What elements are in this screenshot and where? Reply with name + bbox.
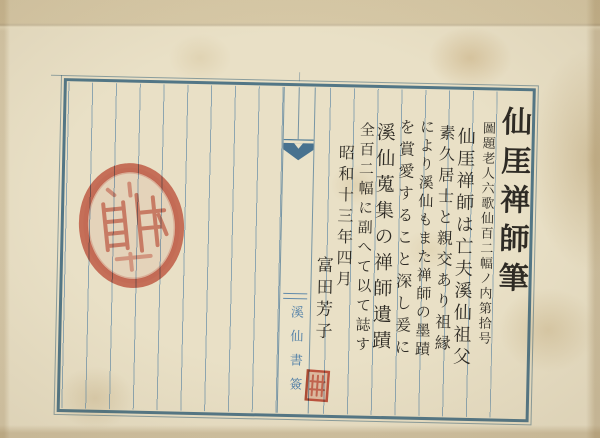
double-rule-icon: [283, 293, 307, 300]
scanned-paper: 溪仙書簽 仙厓禅師筆 圖題老人六歌仙百二幅ノ内第拾号 仙厓禅師は亡夫溪仙祖父 素…: [0, 0, 600, 438]
fold-tick-mark: [299, 72, 300, 81]
calligraphy-text-block: 仙厓禅師筆 圖題老人六歌仙百二幅ノ内第拾号 仙厓禅師は亡夫溪仙祖父 素久居士と親…: [308, 88, 529, 419]
fishtail-icon: [283, 139, 314, 164]
stationery-mark: 溪仙書簽: [287, 305, 302, 401]
signature-seal-icon: [304, 369, 330, 403]
printed-border-frame: 溪仙書簽 仙厓禅師筆 圖題老人六歌仙百二幅ノ内第拾号 仙厓禅師は亡夫溪仙祖父 素…: [54, 75, 539, 425]
collection-seal-icon: [74, 160, 189, 294]
fold-center-line: [298, 87, 300, 139]
